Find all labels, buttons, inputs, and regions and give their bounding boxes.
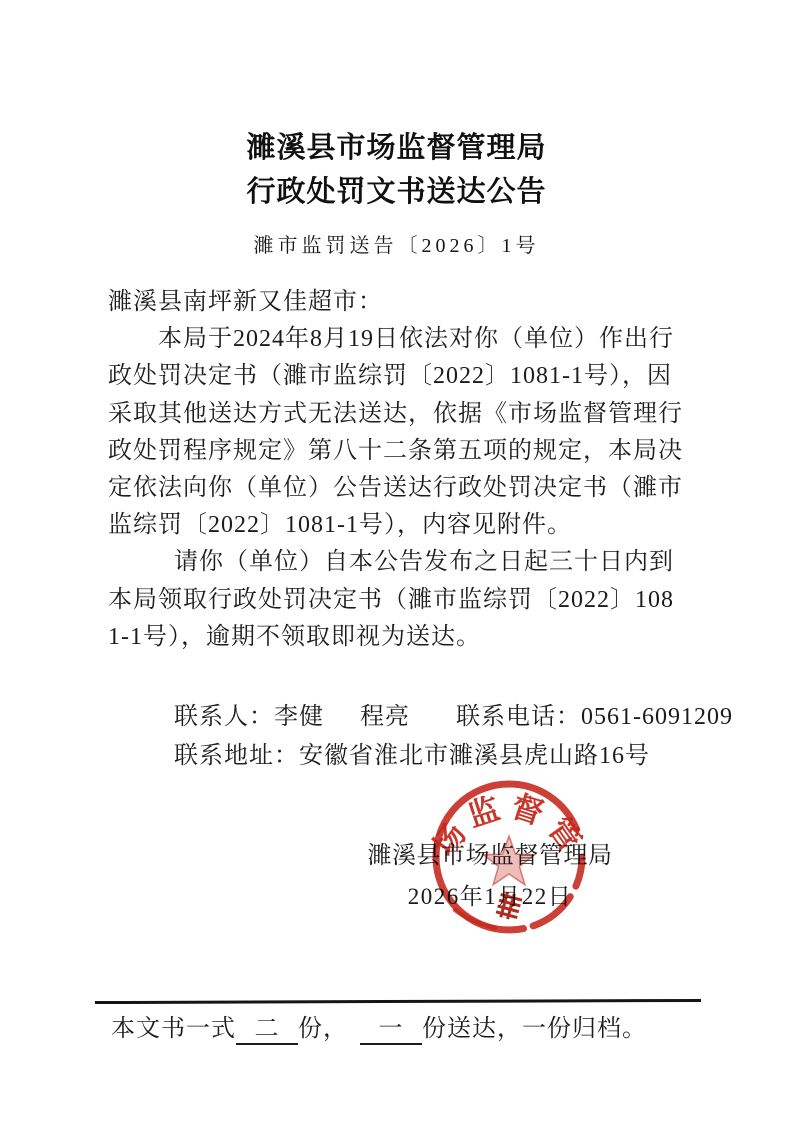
paragraph-1: 本局于2024年8月19日依法对你（单位）作出行政处罚决定书（濉市监综罚〔202… [108, 321, 686, 544]
contact-phone: 0561-6091209 [581, 704, 733, 730]
page-title-line1: 濉溪县市场监督管理局 [0, 126, 793, 170]
footer-suffix: 份送达，一份归档。 [422, 1016, 647, 1042]
issue-date: 2026年1月22日 [328, 878, 652, 911]
paragraph-2: 请你（单位）自本公告发布之日起三十日内到本局领取行政处罚决定书（濉市监综罚〔20… [108, 544, 686, 656]
footer-middle: 份， [298, 1016, 348, 1042]
footer-prefix: 本文书一式 [111, 1016, 236, 1042]
contact-person-1: 李健 [274, 704, 324, 730]
contact-line-1: 联系人：李健程亮联系电话：0561-6091209 [174, 698, 733, 737]
signature-block: 濉溪县市场监督管理局 2026年1月22日 [328, 841, 652, 911]
contact-line-2: 联系地址：安徽省淮北市濉溪县虎山路16号 [174, 737, 733, 776]
page-title-line2: 行政处罚文书送达公告 [0, 170, 793, 214]
contact-person-label: 联系人： [174, 704, 274, 730]
seal-smudge-icon [455, 910, 495, 928]
recipient-line: 濉溪县南坪新又佳超市： [108, 284, 686, 321]
contact-person-2: 程亮 [360, 704, 410, 730]
contact-address: 安徽省淮北市濉溪县虎山路16号 [299, 743, 650, 769]
penalty-delivery-notice-page: 濉溪县市场监督管理局 行政处罚文书送达公告 濉市监罚送告〔2026〕1号 濉溪县… [0, 0, 793, 1121]
contact-phone-label: 联系电话： [456, 704, 581, 730]
copies-delivered-blank: 一 [360, 1016, 422, 1045]
contact-address-label: 联系地址： [174, 743, 299, 769]
copies-total-blank: 二 [236, 1016, 298, 1045]
letterhead: 濉溪县市场监督管理局 行政处罚文书送达公告 濉市监罚送告〔2026〕1号 [0, 126, 793, 258]
footer-divider [95, 999, 701, 1004]
contact-block: 联系人：李健程亮联系电话：0561-6091209 联系地址：安徽省淮北市濉溪县… [174, 698, 733, 775]
document-body: 濉溪县南坪新又佳超市： 本局于2024年8月19日依法对你（单位）作出行政处罚决… [108, 284, 686, 656]
footer-note: 本文书一式二份，一份送达，一份归档。 [111, 1008, 647, 1045]
document-number: 濉市监罚送告〔2026〕1号 [0, 229, 793, 258]
issuer-name: 濉溪县市场监督管理局 [328, 841, 652, 871]
